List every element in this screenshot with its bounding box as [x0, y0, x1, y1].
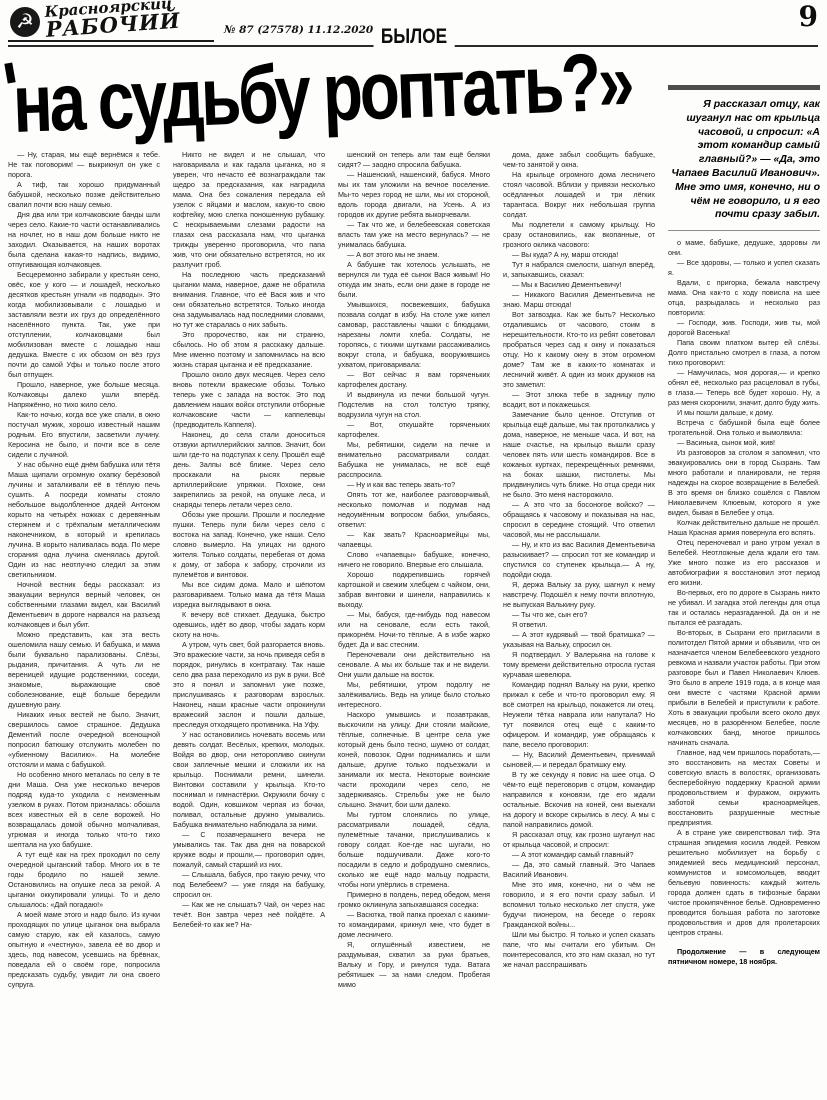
body-paragraph: Наконец, до села стали доноситься отзвук…: [173, 430, 325, 510]
body-paragraph: Обозы уже прошли. Прошли и последние пуш…: [173, 510, 325, 580]
body-paragraph: Вот загвоздка. Как же быть? Несколько от…: [503, 310, 655, 390]
body-paragraph: Наскоро умывшись и позавтракав, выскочил…: [338, 710, 490, 810]
body-paragraph: — Намучилась, моя дорогая,— и крепко обн…: [668, 368, 820, 408]
body-paragraph: Мы подлетели к самому крыльцу. Но сразу …: [503, 220, 655, 250]
body-paragraph: Я рассказал отцу, как грозно шуганул нас…: [503, 830, 655, 850]
masthead-rule: [8, 40, 214, 42]
body-paragraph: Бесцеремонно забирали у крестьян сено, о…: [8, 270, 160, 380]
body-paragraph: — Так что же, и белебеевская советская в…: [338, 220, 490, 250]
body-paragraph: На последнюю часть предсказаний цыганки …: [173, 270, 325, 330]
body-paragraph: Опять тот же, наиболее разговорчивый, не…: [338, 490, 490, 530]
body-paragraph: Мы, ребятишки, утром подолгу не залёжива…: [338, 680, 490, 710]
body-paragraph: — Ну, Василий Дементьевич, принимай сыно…: [503, 750, 655, 770]
hammer-and-sickle-icon: ☭: [16, 12, 34, 32]
body-paragraph: У нас обычно ещё днём бабушка или тётя М…: [8, 460, 160, 580]
body-paragraph: — Ну, и кто из вас Василия Дементьевича …: [503, 540, 655, 580]
body-paragraph: Я, оглушённый известием, не раздумывая, …: [338, 940, 490, 990]
body-paragraph: Командир поднял Вальку на руки, крепко п…: [503, 680, 655, 750]
article-headline: на судьбу роптать?»: [11, 35, 633, 152]
body-paragraph: — Как звать? Красноармейцы мы, чапаевцы.: [338, 530, 490, 550]
body-paragraph: Это пророчество, как ни странно, сбылось…: [173, 330, 325, 370]
body-paragraph: А бабушке так хотелось услышать, не верн…: [338, 260, 490, 300]
body-paragraph: Никаких иных вестей не было. Значит, све…: [8, 710, 160, 770]
body-paragraph: Тут я набрался смелости, шагнул вперёд, …: [503, 260, 655, 280]
text-column-3: шенский он теперь али там ещё беляки сид…: [338, 150, 490, 1098]
newspaper-logo: Красноярский РАБОЧИЙ: [44, 0, 181, 42]
body-paragraph: Ночной вестник беды рассказал: из эвакуа…: [8, 580, 160, 630]
body-paragraph: — Все здоровы, — только и успел сказать …: [668, 258, 820, 278]
pull-quote-top-bar: [668, 85, 820, 90]
body-paragraph: шенский он теперь али там ещё беляки сид…: [338, 150, 490, 170]
body-paragraph: Я подтвердил. У Валерьяна на голове к то…: [503, 650, 655, 680]
body-paragraph: Примерно в полдень, перед обедом, меня г…: [338, 890, 490, 910]
body-paragraph: А тиф, так хорошо придуманный бабушкой, …: [8, 180, 160, 210]
body-paragraph: Главное, над чем пришлось поработать,— э…: [668, 748, 820, 828]
body-paragraph: Дня два или три колчаковские банды шли ч…: [8, 210, 160, 270]
text-column-5-flow: о маме, бабушке, дедушке, здоровы ли они…: [668, 238, 820, 938]
body-paragraph: Я, держа Вальку за руку, шагнул к нему н…: [503, 580, 655, 610]
body-paragraph: Из разговоров за столом я запомнил, что …: [668, 448, 820, 518]
body-paragraph: Встреча с бабушкой была ещё более трогат…: [668, 418, 820, 438]
pull-quote-box: Я рассказал отцу, как шуганул нас от кры…: [668, 85, 820, 231]
body-paragraph: У нас остановились ночевать восемь или д…: [173, 730, 325, 830]
body-paragraph: А моей маме этого и надо было. Из кучки …: [8, 910, 160, 990]
body-paragraph: А тут ещё как на грех проходил по селу о…: [8, 850, 160, 910]
body-paragraph: — Васинька, сынок мой, жив!: [668, 438, 820, 448]
pull-quote-text: Я рассказал отцу, как шуганул нас от кры…: [668, 98, 820, 222]
body-paragraph: Папа своим платком вытер ей слёзы. Долго…: [668, 338, 820, 368]
body-paragraph: Шли мы быстро. Я только и успел сказать …: [503, 930, 655, 970]
body-paragraph: — А вот этого мы не знаем.: [338, 250, 490, 260]
body-paragraph: — Ну, старая, мы ещё вернёмся к тебе. Не…: [8, 150, 160, 180]
body-paragraph: А в стране уже свирепствовал тиф. Эта ст…: [668, 828, 820, 938]
text-column-1: — Ну, старая, мы ещё вернёмся к тебе. Не…: [8, 150, 160, 1098]
page-number: 9: [799, 0, 818, 33]
body-paragraph: И выдвинула из печки большой чугун. Подс…: [338, 390, 490, 420]
body-paragraph: Умывшихся, посвежевших, бабушка позвала …: [338, 300, 490, 370]
body-paragraph: — С позавчерашнего вечера не умывались т…: [173, 830, 325, 870]
body-paragraph: — А это что за босоногое войско? — обращ…: [503, 500, 655, 540]
body-paragraph: — Мы, бабуся, где-нибудь под навесом или…: [338, 610, 490, 650]
body-paragraph: Мы гуртом слонялись по улице, рассматрив…: [338, 810, 490, 890]
article-body: — Ну, старая, мы ещё вернёмся к тебе. Не…: [8, 150, 820, 1098]
issue-info: № 87 (27578) 11.12.2020: [224, 24, 373, 36]
body-paragraph: Во-вторых, в Сызрани его пригласили в по…: [668, 628, 820, 748]
body-paragraph: Но особенно много металась по селу в те …: [8, 770, 160, 850]
body-paragraph: — Нашенский, нашенский, бабуся. Много мы…: [338, 170, 490, 220]
body-paragraph: Можно представить, как эта весть ошеломи…: [8, 630, 160, 710]
body-paragraph: — А этот кудрявый — твой братишка? — ука…: [503, 630, 655, 650]
body-paragraph: И мы пошли дальше, к дому.: [668, 408, 820, 418]
body-paragraph: Мне это имя, конечно, ни о чём не говори…: [503, 880, 655, 930]
body-paragraph: В ту же секунду я повис на шее отца. О ч…: [503, 770, 655, 830]
body-paragraph: дома, даже забыл сообщить бабушке, чем-т…: [503, 150, 655, 170]
newspaper-page: ☭ Красноярский РАБОЧИЙ № 87 (27578) 11.1…: [0, 0, 827, 1100]
body-paragraph: — Господи, жив. Господи, жив ты, мой дор…: [668, 318, 820, 338]
body-paragraph: о маме, бабушке, дедушке, здоровы ли они…: [668, 238, 820, 258]
body-paragraph: — Мы к Василию Дементьевичу!: [503, 280, 655, 290]
body-paragraph: Хорошо подкрепившись горячей картошкой и…: [338, 570, 490, 610]
body-paragraph: Прошло около двух месяцев. Через село вн…: [173, 370, 325, 430]
text-column-2: Никто не видел и не слышал, что наговари…: [173, 150, 325, 1098]
continuation-note: Продолжение — в следующем пятничном номе…: [668, 947, 820, 967]
body-paragraph: — Слышала, бабуся, про такую речку, что …: [173, 870, 325, 900]
logo-emblem-icon: ☭: [10, 7, 40, 37]
body-paragraph: — А этот командир самый главный?: [503, 850, 655, 860]
body-paragraph: Как-то ночью, когда все уже спали, в окн…: [8, 410, 160, 460]
body-paragraph: Переночевали они действительно на сенова…: [338, 650, 490, 680]
text-column-4: дома, даже забыл сообщить бабушке, чем-т…: [503, 150, 655, 1098]
body-paragraph: Прошло, наверное, уже больше месяца. Кол…: [8, 380, 160, 410]
body-paragraph: — Ну и как вас теперь звать-то?: [338, 480, 490, 490]
body-paragraph: — Вы куда? А ну, марш отсюда!: [503, 250, 655, 260]
body-paragraph: Колчак действительно дальше не прошёл. Н…: [668, 518, 820, 538]
body-paragraph: — Вот, откушайте горяченьких картофелек.: [338, 420, 490, 440]
body-paragraph: Отец переночевал и рано утром уехал в Бе…: [668, 538, 820, 588]
body-paragraph: На крыльце огромного дома лесничего стоя…: [503, 170, 655, 220]
body-paragraph: Мы все сидим дома. Мало и шёпотом разгов…: [173, 580, 325, 610]
body-paragraph: Мы, ребятишки, сидели на печке и внимате…: [338, 440, 490, 480]
body-paragraph: — Этот злюка тебе в задницу пулю всадит,…: [503, 390, 655, 410]
body-paragraph: — Никакого Василия Дементьевича не знаю.…: [503, 290, 655, 310]
body-paragraph: — Ты что же, сын его?: [503, 610, 655, 620]
body-paragraph: Замечание было ценное. Отступив от крыль…: [503, 410, 655, 500]
body-paragraph: — Как же не слышать? Чай, он через нас т…: [173, 900, 325, 930]
body-paragraph: — Да, это самый главный. Это Чапаев Васи…: [503, 860, 655, 880]
body-paragraph: Во-первых, его по дороге в Сызрань никто…: [668, 588, 820, 628]
body-paragraph: А утром, чуть свет, бой разгорается внов…: [173, 640, 325, 730]
body-paragraph: Я ответил.: [503, 620, 655, 630]
body-paragraph: — Вот сейчас я вам горяченьких картофеле…: [338, 370, 490, 390]
body-paragraph: К вечеру всё стихает. Дедушка, быстро од…: [173, 610, 325, 640]
section-label: БЫЛОЕ: [373, 25, 454, 49]
body-paragraph: Слово «чапаевцы» бабушке, конечно, ничег…: [338, 550, 490, 570]
text-column-5: Я рассказал отцу, как шуганул нас от кры…: [668, 85, 820, 1098]
pull-quote-divider: [668, 230, 820, 231]
body-paragraph: Никто не видел и не слышал, что наговари…: [173, 150, 325, 270]
body-paragraph: Вдали, с пригорка, бежала навстречу мама…: [668, 278, 820, 318]
body-paragraph: — Васютка, твой папка проехал с какими-т…: [338, 910, 490, 940]
